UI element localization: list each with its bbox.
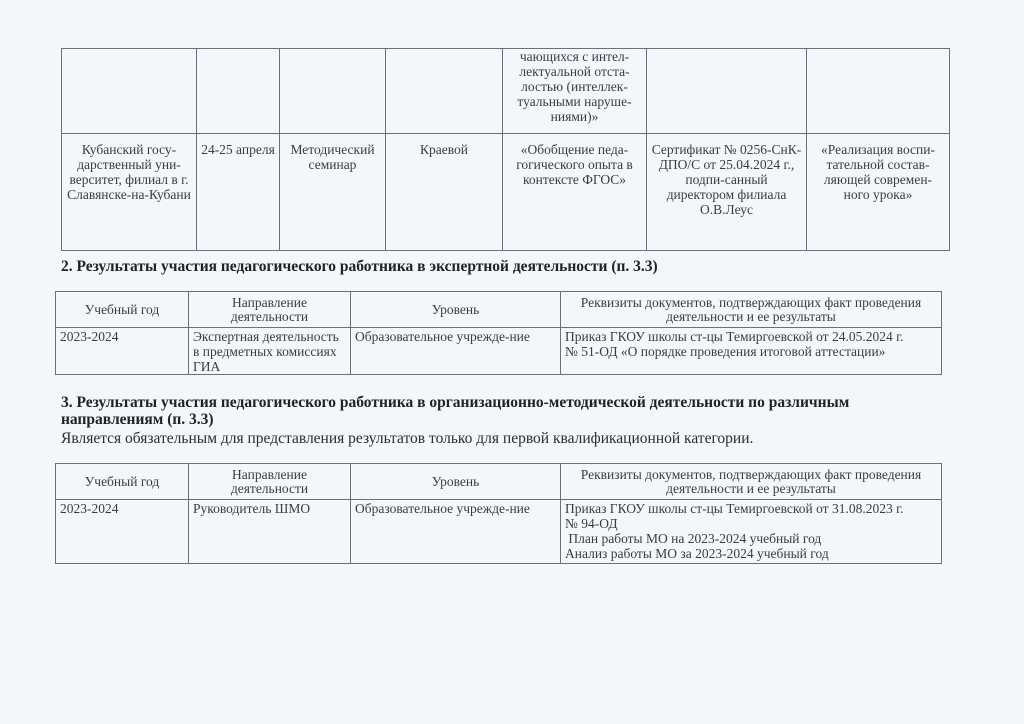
table-header-row: Учебный год Направление деятельности Уро… (56, 464, 942, 500)
section-2-heading: 2. Результаты участия педагогического ра… (61, 258, 658, 275)
document-cell: Сертификат № 0256-СнК-ДПО/С от 25.04.202… (647, 134, 807, 251)
document-line: План работы МО на 2023-2024 учебный год (565, 531, 937, 546)
events-table-continuation: чающихся с интел-лектуальной отста-лость… (61, 48, 950, 251)
column-header: Учебный год (56, 292, 189, 328)
direction-cell: Руководитель ШМО (189, 500, 351, 564)
section-3-heading: 3. Результаты участия педагогического ра… (61, 394, 849, 428)
table-header-row: Учебный год Направление деятельности Уро… (56, 292, 942, 328)
form-cell: Методический семинар (280, 134, 386, 251)
document-cell (647, 49, 807, 134)
column-header: Учебный год (56, 464, 189, 500)
section-3-note: Является обязательным для представления … (61, 430, 753, 447)
dates-cell: 24-25 апреля (197, 134, 280, 251)
level-cell: Образовательное учрежде-ние (351, 328, 561, 375)
table-row: 2023-2024 Руководитель ШМО Образовательн… (56, 500, 942, 564)
document-line: Приказ ГКОУ школы ст-цы Темиргоевской от… (565, 329, 937, 344)
table-row: чающихся с интел-лектуальной отста-лость… (62, 49, 950, 134)
year-cell: 2023-2024 (56, 500, 189, 564)
expert-activity-table: Учебный год Направление деятельности Уро… (55, 291, 942, 375)
organizational-activity-table: Учебный год Направление деятельности Уро… (55, 463, 942, 564)
topic-cell: чающихся с интел-лектуальной отста-лость… (503, 49, 647, 134)
column-header: Уровень (351, 292, 561, 328)
document-line: Анализ работы МО за 2023-2024 учебный го… (565, 546, 937, 561)
document-line: № 51-ОД «О порядке проведения итоговой а… (565, 344, 937, 359)
document-page: чающихся с интел-лектуальной отста-лость… (0, 0, 1024, 724)
direction-cell: Экспертная деятельность в предметных ком… (189, 328, 351, 375)
documents-cell: Приказ ГКОУ школы ст-цы Темиргоевской от… (561, 500, 942, 564)
form-cell (280, 49, 386, 134)
column-header: Уровень (351, 464, 561, 500)
table-row: Кубанский госу-дарственный уни-верситет,… (62, 134, 950, 251)
section-3-heading-line: направлениям (п. 3.3) (61, 411, 849, 428)
column-header: Реквизиты документов, подтверждающих фак… (561, 292, 942, 328)
organizer-cell (62, 49, 197, 134)
year-cell: 2023-2024 (56, 328, 189, 375)
subject-cell (807, 49, 950, 134)
section-3-heading-line: 3. Результаты участия педагогического ра… (61, 394, 849, 411)
column-header: Направление деятельности (189, 464, 351, 500)
dates-cell (197, 49, 280, 134)
document-line: Приказ ГКОУ школы ст-цы Темиргоевской от… (565, 501, 937, 516)
column-header: Реквизиты документов, подтверждающих фак… (561, 464, 942, 500)
column-header: Направление деятельности (189, 292, 351, 328)
documents-cell: Приказ ГКОУ школы ст-цы Темиргоевской от… (561, 328, 942, 375)
document-line: № 94-ОД (565, 516, 937, 531)
level-cell: Образовательное учрежде-ние (351, 500, 561, 564)
organizer-cell: Кубанский госу-дарственный уни-верситет,… (62, 134, 197, 251)
level-cell: Краевой (386, 134, 503, 251)
subject-cell: «Реализация воспи-тательной состав-ляюще… (807, 134, 950, 251)
table-row: 2023-2024 Экспертная деятельность в пред… (56, 328, 942, 375)
level-cell (386, 49, 503, 134)
topic-cell: «Обобщение педа-гогического опыта в конт… (503, 134, 647, 251)
